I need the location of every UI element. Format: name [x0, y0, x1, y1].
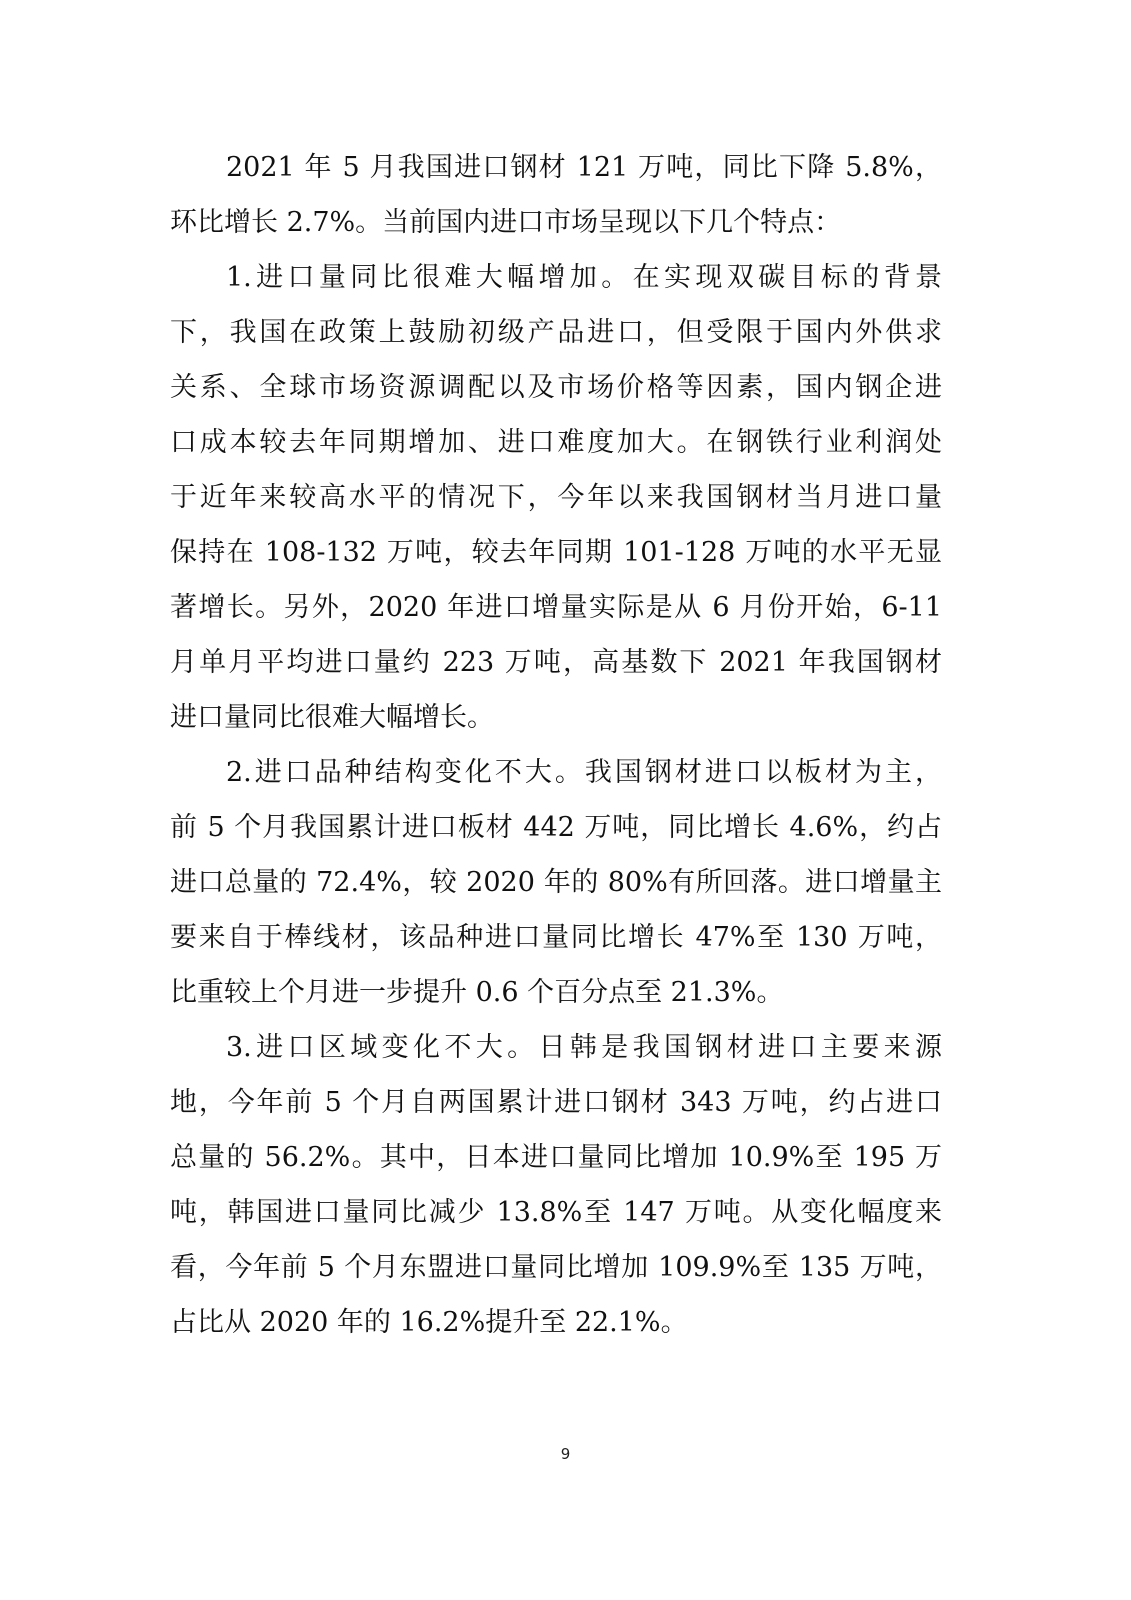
paragraph-intro: 2021 年 5 月我国进口钢材 121 万吨，同比下降 5.8%， 环比增长 …	[170, 140, 942, 250]
text-line: 看，今年前 5 个月东盟进口量同比增加 109.9%至 135 万吨，	[170, 1240, 942, 1295]
text-line: 著增长。另外，2020 年进口增量实际是从 6 月份开始，6-11	[170, 580, 942, 635]
page-number: 9	[0, 1445, 1131, 1463]
text-line: 要来自于棒线材，该品种进口量同比增长 47%至 130 万吨，	[170, 910, 942, 965]
text-line: 占比从 2020 年的 16.2%提升至 22.1%。	[170, 1295, 942, 1350]
text-line: 2021 年 5 月我国进口钢材 121 万吨，同比下降 5.8%，	[170, 140, 942, 195]
text-line: 环比增长 2.7%。当前国内进口市场呈现以下几个特点：	[170, 195, 942, 250]
text-line: 前 5 个月我国累计进口板材 442 万吨，同比增长 4.6%，约占	[170, 800, 942, 855]
paragraph-point-3: 3.进口区域变化不大。日韩是我国钢材进口主要来源 地，今年前 5 个月自两国累计…	[170, 1020, 942, 1350]
paragraph-point-2: 2.进口品种结构变化不大。我国钢材进口以板材为主， 前 5 个月我国累计进口板材…	[170, 745, 942, 1020]
document-body: 2021 年 5 月我国进口钢材 121 万吨，同比下降 5.8%， 环比增长 …	[170, 140, 942, 1350]
text-line: 1.进口量同比很难大幅增加。在实现双碳目标的背景	[170, 250, 942, 305]
text-line: 2.进口品种结构变化不大。我国钢材进口以板材为主，	[170, 745, 942, 800]
text-line: 关系、全球市场资源调配以及市场价格等因素，国内钢企进	[170, 360, 942, 415]
text-line: 口成本较去年同期增加、进口难度加大。在钢铁行业利润处	[170, 415, 942, 470]
text-line: 下，我国在政策上鼓励初级产品进口，但受限于国内外供求	[170, 305, 942, 360]
text-line: 于近年来较高水平的情况下，今年以来我国钢材当月进口量	[170, 470, 942, 525]
text-line: 吨，韩国进口量同比减少 13.8%至 147 万吨。从变化幅度来	[170, 1185, 942, 1240]
text-line: 地，今年前 5 个月自两国累计进口钢材 343 万吨，约占进口	[170, 1075, 942, 1130]
text-line: 保持在 108-132 万吨，较去年同期 101-128 万吨的水平无显	[170, 525, 942, 580]
text-line: 月单月平均进口量约 223 万吨，高基数下 2021 年我国钢材	[170, 635, 942, 690]
text-line: 总量的 56.2%。其中，日本进口量同比增加 10.9%至 195 万	[170, 1130, 942, 1185]
paragraph-point-1: 1.进口量同比很难大幅增加。在实现双碳目标的背景 下，我国在政策上鼓励初级产品进…	[170, 250, 942, 745]
text-line: 3.进口区域变化不大。日韩是我国钢材进口主要来源	[170, 1020, 942, 1075]
text-line: 进口总量的 72.4%，较 2020 年的 80%有所回落。进口增量主	[170, 855, 942, 910]
text-line: 进口量同比很难大幅增长。	[170, 690, 942, 745]
text-line: 比重较上个月进一步提升 0.6 个百分点至 21.3%。	[170, 965, 942, 1020]
